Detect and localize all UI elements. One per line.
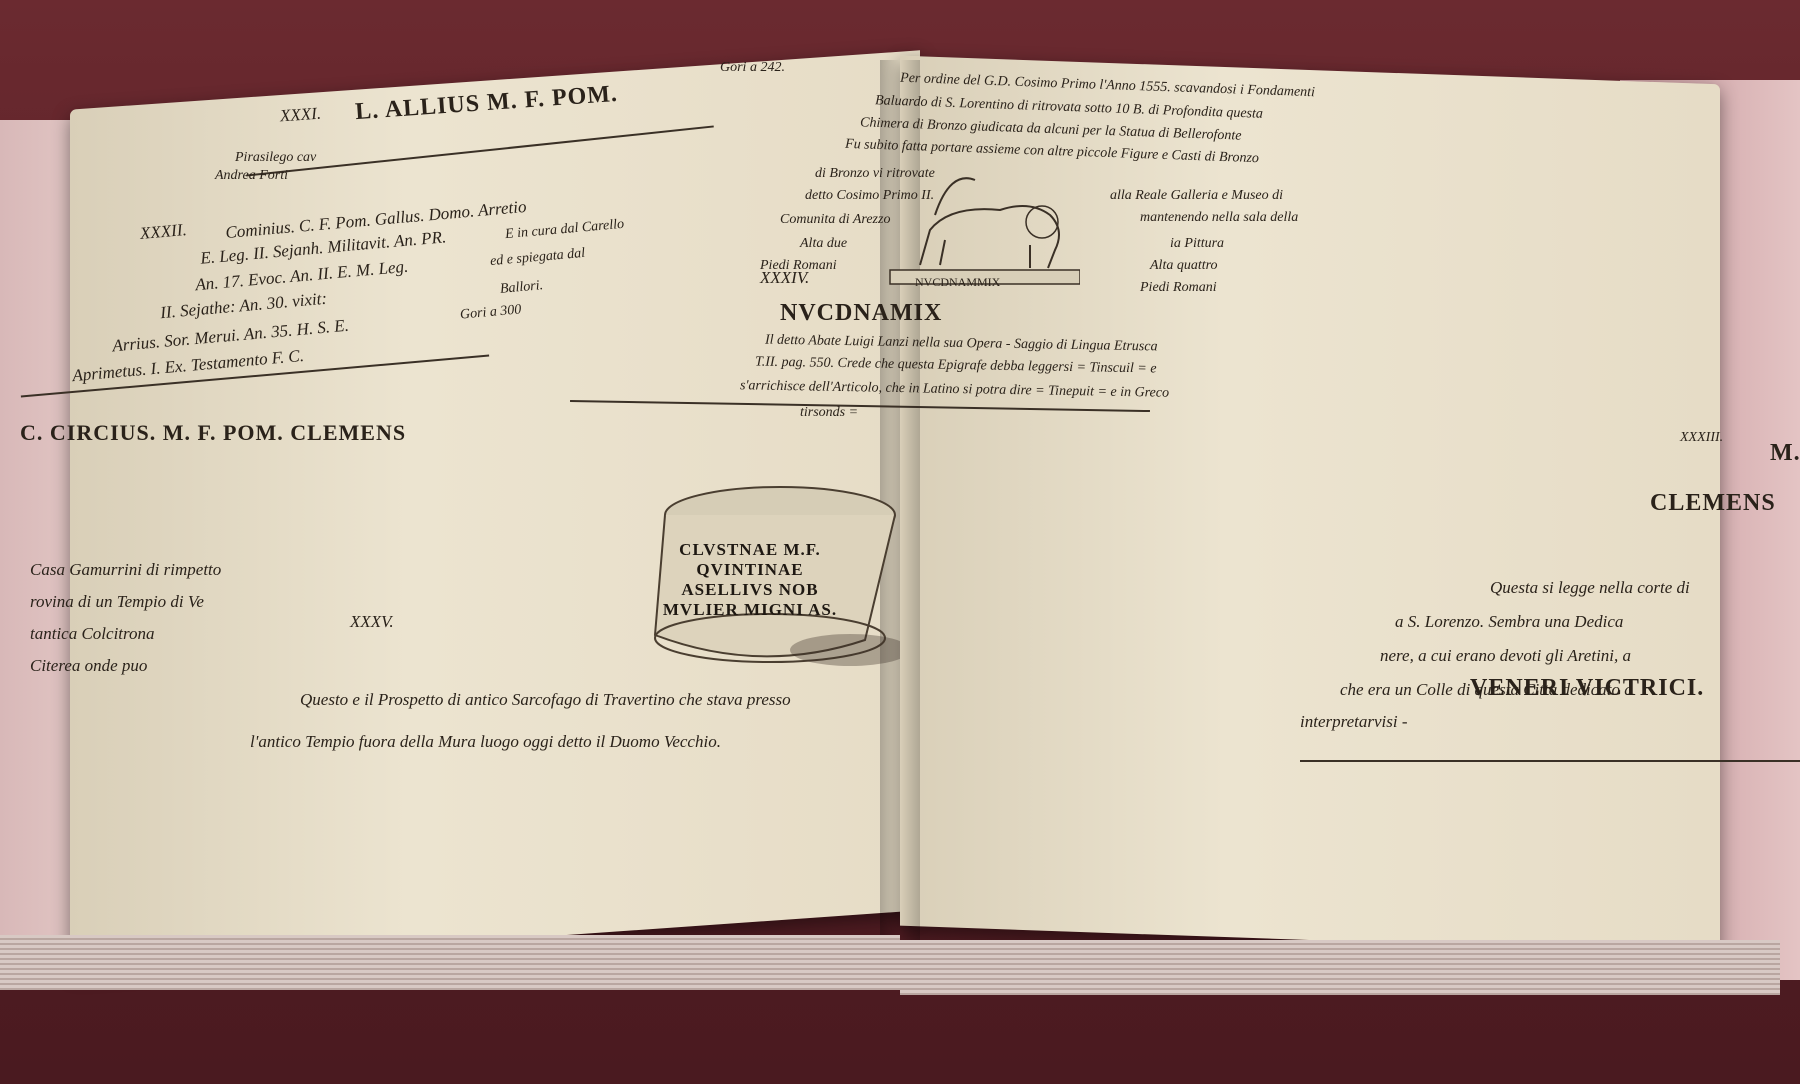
right-col-1: alla Reale Galleria e Museo di bbox=[1110, 188, 1283, 204]
numeral-xxxv: XXXV. bbox=[350, 612, 394, 632]
dedication-text: VENERI VICTRICI. bbox=[1470, 675, 1704, 702]
lion-base-text: NVCDNAMMIX bbox=[915, 275, 1000, 290]
left-page-edges bbox=[0, 935, 900, 990]
right-page-edges bbox=[900, 940, 1780, 995]
far-right-line-5: interpretarvisi - bbox=[1300, 712, 1408, 732]
left-margin-line-1: Casa Gamurrini di rimpetto bbox=[30, 560, 221, 580]
lion-figurine-drawing bbox=[880, 160, 1080, 290]
inscription-row-3: ASELLIVS NOB bbox=[640, 580, 860, 600]
left-margin-heading: C. CIRCIUS. M. F. POM. CLEMENS bbox=[20, 420, 406, 446]
left-margin-line-3: tantica Colcitrona bbox=[30, 624, 155, 644]
open-book: Gori a 242. XXXI. L. ALLIUS M. F. POM. P… bbox=[0, 0, 1800, 1084]
margin-note-2: Andrea Forti bbox=[215, 168, 288, 184]
left-margin-line-2: rovina di un Tempio di Ve bbox=[30, 592, 204, 612]
numeral-xxxi: XXXI. bbox=[279, 104, 321, 127]
inscription-row-4: MVLIER MIGNI AS. bbox=[640, 600, 860, 620]
margin-note-1: Pirasilego cav bbox=[235, 150, 316, 166]
right-col-4: Alta quattro bbox=[1150, 258, 1218, 274]
left-margin-line-4: Citerea onde puo bbox=[30, 656, 147, 676]
right-line-7: Comunita di Arezzo bbox=[780, 212, 890, 228]
gori-ref-top: Gori a 242. bbox=[720, 60, 785, 76]
numeral-xxxiv: XXXIV. bbox=[760, 268, 809, 288]
right-col-3: ia Pittura bbox=[1170, 236, 1224, 252]
heading-etruscan: NVCDNAMIX bbox=[780, 300, 942, 327]
rule-4 bbox=[1300, 760, 1800, 762]
body-line-4: tirsonds = bbox=[800, 405, 858, 421]
far-right-line-3: nere, a cui erano devoti gli Aretini, a bbox=[1380, 646, 1631, 666]
right-col-2: mantenendo nella sala della bbox=[1140, 210, 1298, 226]
far-right-line-2: a S. Lorenzo. Sembra una Dedica bbox=[1395, 612, 1623, 632]
sarcophagus-inscription: CLVSTNAE M.F. QVINTINAE ASELLIVS NOB MVL… bbox=[640, 540, 860, 620]
inscription-row-2: QVINTINAE bbox=[640, 560, 860, 580]
inscription-row-1: CLVSTNAE M.F. bbox=[640, 540, 860, 560]
right-line-8: Alta due bbox=[800, 236, 847, 252]
far-right-heading-2: CLEMENS bbox=[1650, 490, 1776, 517]
caption-line-1: Questo e il Prospetto di antico Sarcofag… bbox=[300, 690, 791, 710]
numeral-xxxiii: XXXIII. bbox=[1680, 430, 1723, 446]
right-col-5: Piedi Romani bbox=[1140, 280, 1217, 296]
numeral-xxxii: XXXII. bbox=[139, 220, 187, 244]
far-right-heading: M. bbox=[1770, 440, 1800, 467]
far-right-line-1: Questa si legge nella corte di bbox=[1490, 578, 1690, 598]
caption-line-2: l'antico Tempio fuora della Mura luogo o… bbox=[250, 732, 721, 752]
